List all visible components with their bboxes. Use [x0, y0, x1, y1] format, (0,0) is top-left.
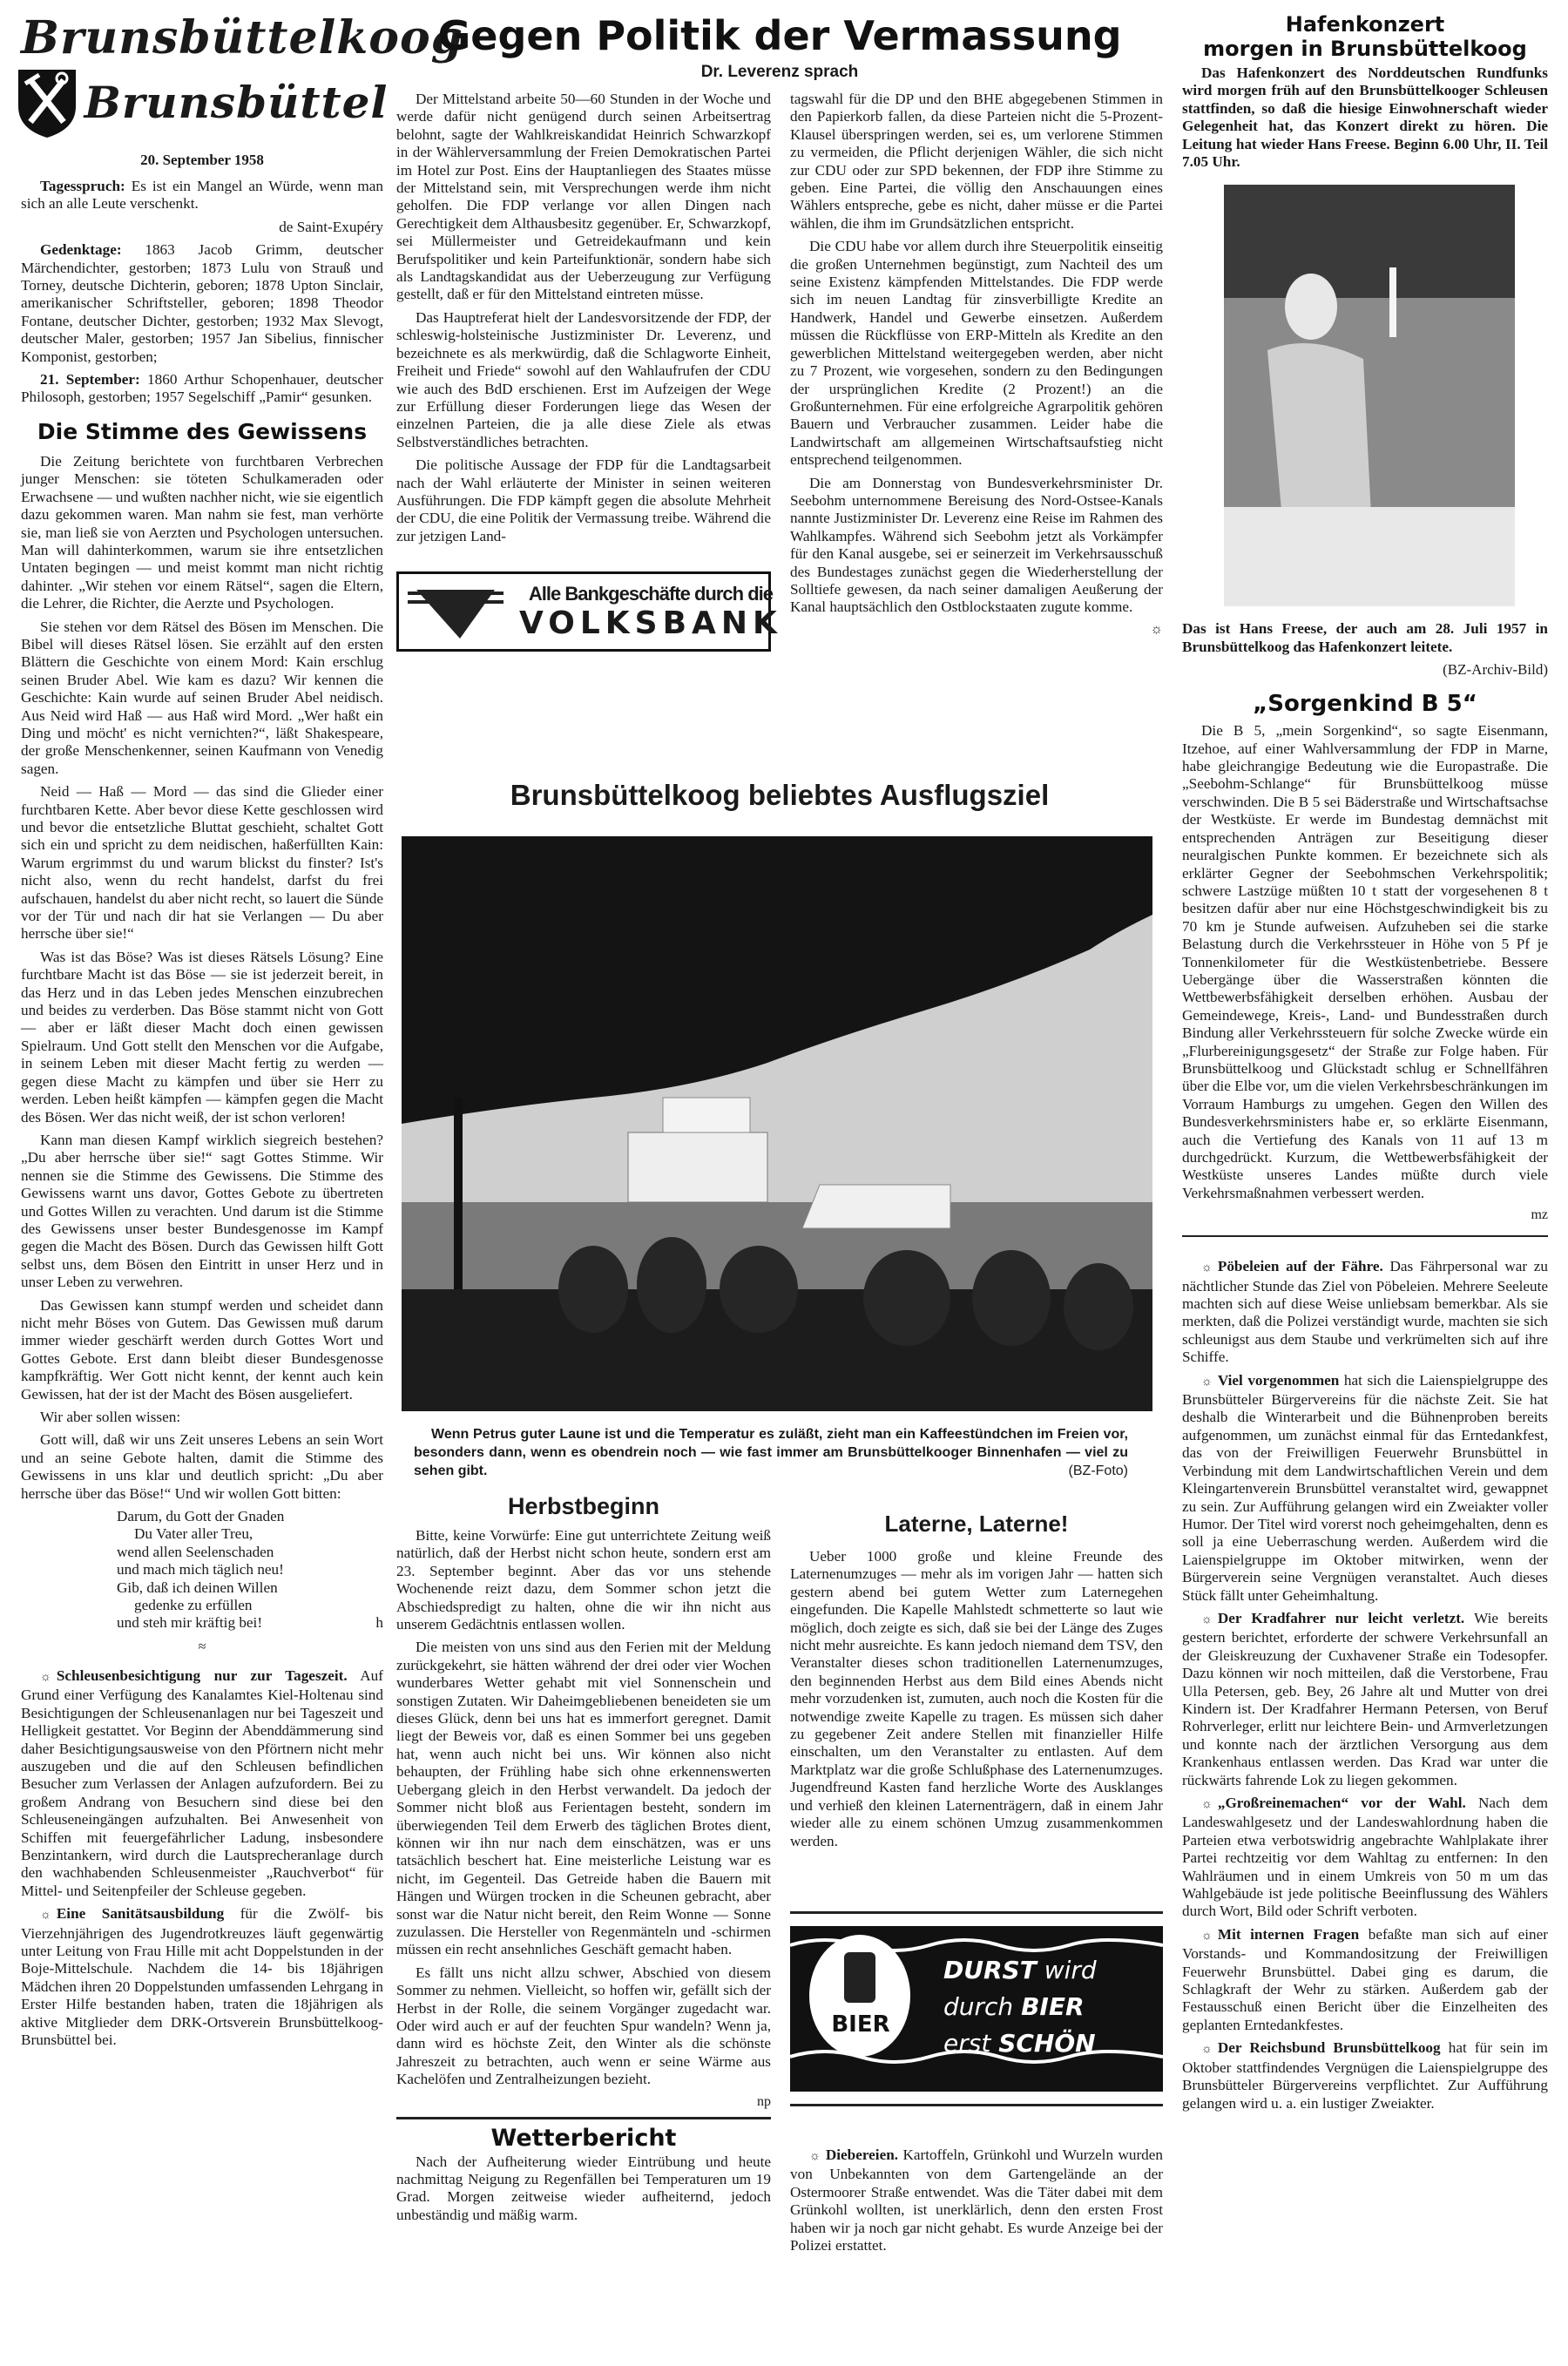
star-icon: ☼: [1201, 1930, 1213, 1943]
verse-line: gedenke zu erfüllen: [117, 1597, 383, 1614]
star-icon: ☼: [40, 1671, 51, 1684]
photo-credit: (BZ-Archiv-Bild): [1182, 661, 1548, 679]
photo-caption: Wenn Petrus guter Laune ist und die Temp…: [414, 1425, 1128, 1480]
news-label: „Großreinemachen“ vor der Wahl.: [1218, 1795, 1466, 1811]
news-sanitaet: ☼Eine Sanitätsausbildung für die Zwölf- …: [21, 1905, 383, 2049]
divider: [790, 1911, 1163, 1914]
slogan-word: SCHÖN: [998, 2029, 1095, 2058]
article-paragraph: Wir aber sollen wissen:: [21, 1409, 383, 1426]
news-label: Viel vorgenommen: [1218, 1372, 1340, 1389]
article-paragraph: Die politische Aussage der FDP für die L…: [396, 456, 771, 545]
politik-col-2: tagswahl für die DP und den BHE abgegebe…: [790, 91, 1163, 652]
wetter-headline: Wetterbericht: [396, 2125, 771, 2152]
b5-headline: „Sorgenkind B 5“: [1182, 691, 1548, 717]
masthead-title: Brunsbüttelkoog: [21, 12, 383, 64]
hafen-text: Das Hafenkonzert des Norddeutschen Rundf…: [1182, 64, 1548, 171]
news-reich: ☼Der Reichsbund Brunsbüttelkoog hat für …: [1182, 2039, 1548, 2112]
news-text: für die Zwölf- bis Vierzehnjährigen des …: [21, 1905, 383, 2048]
news-text: hat sich die Laienspielgruppe des Brunsb…: [1182, 1372, 1548, 1604]
verse-line: wend allen Seelenschaden: [117, 1544, 383, 1561]
wave-divider-icon: ≈: [21, 1639, 383, 1655]
main-subhead: Dr. Leverenz sprach: [396, 63, 1163, 82]
slogan-word: erst: [943, 2029, 990, 2058]
slogan-word: DURST: [943, 1956, 1037, 1984]
news-label: Der Kradfahrer nur leicht verletzt.: [1218, 1610, 1464, 1626]
article-paragraph: tagswahl für die DP und den BHE abgegebe…: [790, 91, 1163, 233]
news-text: Auf Grund einer Verfügung des Kanalamtes…: [21, 1667, 383, 1899]
masthead-subtitle: Brunsbüttel: [84, 77, 389, 129]
volksbank-logo-icon: [408, 581, 504, 642]
tagesspruch-label: Tagesspruch:: [40, 178, 125, 194]
masthead: Brunsbüttelkoog Brunsbüttel 20. Septembe…: [21, 12, 383, 169]
divider: [790, 2104, 1163, 2106]
politik-col-1: Der Mittelstand arbeite 50—60 Stunden in…: [396, 91, 771, 652]
article-paragraph: Das Gewissen kann stumpf werden und sche…: [21, 1297, 383, 1403]
herbst-article: Herbstbeginn Bitte, keine Vorwürfe: Eine…: [396, 1493, 771, 2229]
star-icon: ☼: [1201, 1261, 1213, 1274]
hymn-verse: Darum, du Gott der Gnaden Du Vater aller…: [117, 1508, 383, 1633]
news-gross: ☼„Großreinemachen“ vor der Wahl. Nach de…: [1182, 1795, 1548, 1921]
sept21: 21. September: 1860 Arthur Schopenhauer,…: [21, 371, 383, 407]
gewissen-headline: Die Stimme des Gewissens: [21, 419, 383, 444]
hafen-headline-2: morgen in Brunsbüttelkoog: [1182, 37, 1548, 61]
article-paragraph: Kann man diesen Kampf wirklich siegreich…: [21, 1132, 383, 1292]
conductor-photo-art: [1224, 185, 1515, 606]
slogan-word: BIER: [1021, 1992, 1084, 2021]
star-icon: ☼: [1201, 1376, 1213, 1389]
bier-ad[interactable]: BIER DURST wird durch BIER erst SCHÖN: [790, 1926, 1163, 2092]
star-icon: ☼: [790, 622, 1163, 638]
verse-line: und steh mir kräftig bei!: [117, 1614, 262, 1632]
right-column: Hafenkonzert morgen in Brunsbüttelkoog D…: [1182, 12, 1548, 2118]
author-signature: mz: [1182, 1207, 1548, 1223]
article-paragraph: Neid — Haß — Mord — das sind die Glieder…: [21, 783, 383, 943]
news-label: Schleusenbesichtigung nur zur Tageszeit.: [57, 1667, 348, 1684]
gedenktage: Gedenktage: 1863 Jacob Grimm, deutscher …: [21, 241, 383, 366]
article-paragraph: Ueber 1000 große und kleine Freunde des …: [790, 1548, 1163, 1850]
politik-article: Der Mittelstand arbeite 50—60 Stunden in…: [396, 91, 1163, 652]
harbor-cafe-photo: [402, 836, 1152, 1411]
news-krad: ☼Der Kradfahrer nur leicht verletzt. Wie…: [1182, 1610, 1548, 1789]
bier-badge: BIER: [821, 2011, 900, 2038]
star-icon: ☼: [40, 1909, 51, 1922]
article-paragraph: Die Zeitung berichtete von furchtbaren V…: [21, 453, 383, 613]
verse-line: Du Vater aller Treu,: [117, 1525, 383, 1543]
left-column: Brunsbüttelkoog Brunsbüttel 20. Septembe…: [21, 12, 383, 2054]
news-label: Diebereien.: [826, 2146, 898, 2163]
author-signature: h: [375, 1614, 383, 1632]
article-paragraph: Bitte, keine Vorwürfe: Eine gut unterric…: [396, 1527, 771, 1633]
slogan-word: wird: [1044, 1956, 1097, 1984]
star-icon: ☼: [809, 2150, 821, 2163]
coat-of-arms-icon: [17, 66, 78, 139]
sept21-label: 21. September:: [40, 371, 140, 388]
news-diebe: ☼Diebereien. Kartoffeln, Grünkohl und Wu…: [790, 2146, 1163, 2254]
hans-freese-photo: [1224, 185, 1515, 606]
news-schleusen: ☼Schleusenbesichtigung nur zur Tageszeit…: [21, 1667, 383, 1900]
article-paragraph: Die CDU habe vor allem durch ihre Steuer…: [790, 238, 1163, 469]
laterne-article: Laterne, Laterne! Ueber 1000 große und k…: [790, 1511, 1163, 2260]
center-section: Gegen Politik der Vermassung Dr. Leveren…: [396, 12, 1163, 652]
news-label: Mit internen Fragen: [1218, 1926, 1359, 1943]
photo-headline: Brunsbüttelkoog beliebtes Ausflugsziel: [396, 779, 1163, 812]
gedenktage-text: 1863 Jacob Grimm, deutscher Märchendicht…: [21, 241, 383, 364]
verse-line: Darum, du Gott der Gnaden: [117, 1508, 383, 1525]
hafen-headline: Hafenkonzert: [1182, 12, 1548, 37]
article-paragraph: Die am Donnerstag von Bundesverkehrsmini…: [790, 475, 1163, 617]
article-paragraph: Die meisten von uns sind aus den Ferien …: [396, 1639, 771, 1958]
photo-caption: Das ist Hans Freese, der auch am 28. Jul…: [1182, 620, 1548, 656]
article-paragraph: Der Mittelstand arbeite 50—60 Stunden in…: [396, 91, 771, 304]
tagesspruch-author: de Saint-Exupéry: [21, 219, 383, 236]
news-label: Eine Sanitätsausbildung: [57, 1905, 224, 1922]
issue-date: 20. September 1958: [21, 152, 383, 169]
main-headline: Gegen Politik der Vermassung: [396, 12, 1163, 59]
volksbank-ad[interactable]: Alle Bankgeschäfte durch die VOLKSBANK: [396, 571, 771, 652]
tagesspruch: Tagesspruch: Es ist ein Mangel an Würde,…: [21, 178, 383, 213]
author-signature: np: [396, 2094, 771, 2110]
news-label: Der Reichsbund Brunsbüttelkoog: [1218, 2039, 1441, 2056]
news-viel: ☼Viel vorgenommen hat sich die Laienspie…: [1182, 1372, 1548, 1605]
article-paragraph: Die B 5, „mein Sorgenkind“, so sagte Eis…: [1182, 722, 1548, 1202]
star-icon: ☼: [1201, 1798, 1213, 1811]
news-text: Wie bereits gestern berichtet, erfordert…: [1182, 1610, 1548, 1788]
article-paragraph: Was ist das Böse? Was ist dieses Rätsels…: [21, 949, 383, 1126]
star-icon: ☼: [1201, 2043, 1213, 2056]
bier-slogan: DURST wird durch BIER erst SCHÖN: [943, 1952, 1097, 2062]
photo-credit: (BZ-Foto): [1051, 1462, 1128, 1480]
harbor-photo-art: [402, 836, 1152, 1411]
volksbank-name: VOLKSBANK: [519, 605, 782, 641]
wetter-text: Nach der Aufheiterung wieder Eintrübung …: [396, 2153, 771, 2225]
article-paragraph: Sie stehen vor dem Rätsel des Bösen im M…: [21, 619, 383, 779]
verse-line: Gib, daß ich deinen Willen: [117, 1579, 383, 1597]
volksbank-tagline: Alle Bankgeschäfte durch die: [519, 583, 782, 605]
caption-text: Wenn Petrus guter Laune ist und die Temp…: [414, 1427, 1128, 1478]
news-text: Nach dem Landeswahlgesetz und der Landes…: [1182, 1795, 1548, 1919]
article-paragraph: Das Hauptreferat hielt der Landesvorsitz…: [396, 309, 771, 451]
article-paragraph: Gott will, daß wir uns Zeit unseres Lebe…: [21, 1431, 383, 1503]
news-intern: ☼Mit internen Fragen befaßte man sich au…: [1182, 1926, 1548, 2034]
laterne-headline: Laterne, Laterne!: [790, 1511, 1163, 1538]
herbst-headline: Herbstbeginn: [396, 1493, 771, 1520]
divider: [396, 2117, 771, 2119]
divider: [1182, 1235, 1548, 1237]
news-poebel: ☼Pöbeleien auf der Fähre. Das Fährperson…: [1182, 1258, 1548, 1366]
article-paragraph: Es fällt uns nicht allzu schwer, Abschie…: [396, 1964, 771, 2089]
masthead-row: Brunsbüttel: [21, 66, 383, 139]
gedenktage-label: Gedenktage:: [40, 241, 122, 258]
news-label: Pöbeleien auf der Fähre.: [1218, 1258, 1383, 1274]
verse-line: und mach mich täglich neu!: [117, 1561, 383, 1578]
star-icon: ☼: [1201, 1613, 1213, 1626]
slogan-word: durch: [943, 1992, 1013, 2021]
